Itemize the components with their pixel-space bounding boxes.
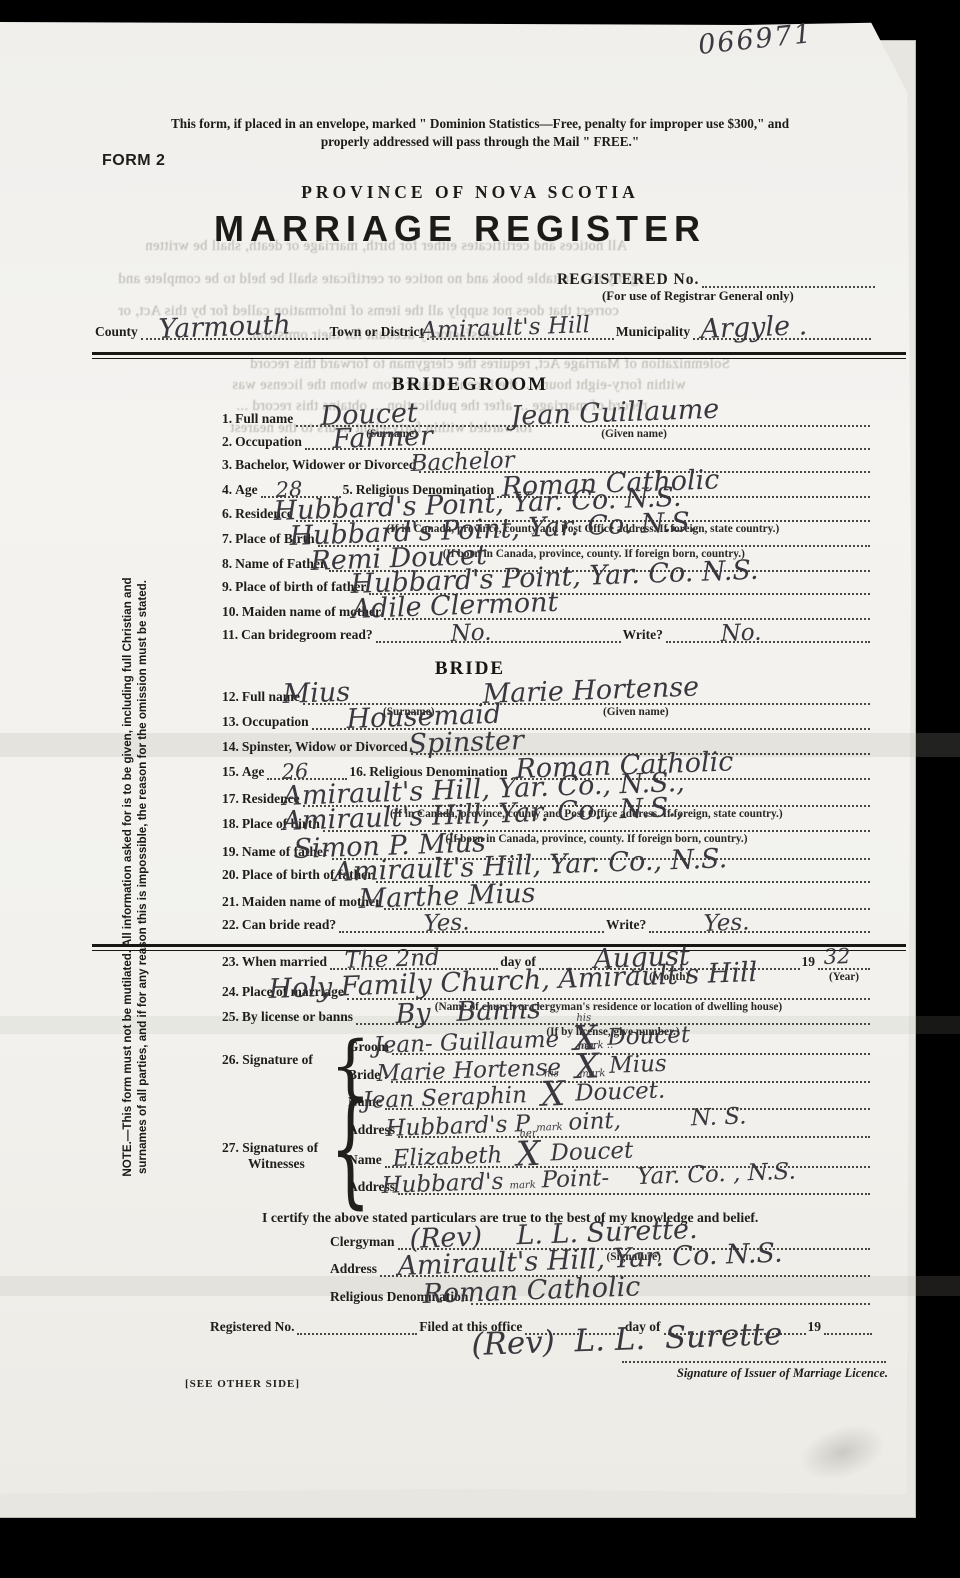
bg-can-read-line: No. — [376, 641, 621, 643]
issuer-signature-caption: Signature of Issuer of Marriage Licence. — [598, 1366, 888, 1381]
page-title: MARRIAGE REGISTER — [110, 208, 810, 250]
field-number: 23. — [222, 954, 239, 969]
margin-note: NOTE.—This form must not be mutilated. A… — [120, 546, 150, 1208]
county-label: County — [95, 324, 139, 340]
place-of-marriage-row: 24.Place of marriage Holy Family Church,… — [222, 982, 872, 1000]
field-label: Age — [235, 482, 258, 497]
mail-note: This form, if placed in an envelope, mar… — [120, 115, 840, 151]
margin-note-line2: surnames of all parties, and if for any … — [135, 546, 150, 1208]
field-label: Spinster, Widow or Divorced — [242, 739, 408, 754]
field-number: 25. — [222, 1009, 239, 1024]
bridegroom-section-title: BRIDEGROOM — [120, 374, 820, 396]
witness1-x-mark: Xhis — [541, 1094, 565, 1095]
field-number: 15. — [222, 764, 239, 779]
filed-year-line — [824, 1333, 872, 1335]
clergyman-religion-line: Roman Catholic — [471, 1303, 870, 1305]
handwriting-br-status: Spinster — [408, 727, 524, 758]
province-heading: PROVINCE OF NOVA SCOTIA — [120, 182, 820, 203]
mark-word-top: her — [519, 1134, 536, 1135]
handwriting-district: Amirault's Hill — [420, 314, 590, 343]
field-number: 12. — [222, 689, 239, 704]
registered-no-line — [702, 286, 875, 288]
witness1-first-names: Jean Seraphin — [362, 1082, 527, 1114]
field-number: 2. — [222, 434, 232, 449]
field-number: 26. — [222, 1052, 239, 1067]
field-number: 8. — [222, 556, 232, 571]
registered-no-row: REGISTERED No. — [557, 270, 877, 288]
license-or-banns-row: 25.By license or banns By Banns (If by l… — [222, 1007, 872, 1025]
witness2-address-row: Address Hubbard'smarkPoint-Yar. Co. , N.… — [348, 1177, 872, 1195]
field-number: 16. — [349, 764, 366, 779]
witness1-last-name: Doucet. — [574, 1077, 665, 1106]
registered-no-label: REGISTERED No. — [557, 272, 700, 288]
field-number: 18. — [222, 816, 239, 831]
witness2-address-part: Hubbard's — [381, 1169, 504, 1199]
field-number: 9. — [222, 579, 232, 594]
bride-x-mark: Xhermark — [575, 1066, 599, 1067]
field-label: Occupation — [235, 434, 302, 449]
margin-note-line1: NOTE.—This form must not be mutilated. A… — [120, 546, 135, 1208]
field-number: 13. — [222, 714, 239, 729]
br-occupation-line: Housemaid — [312, 728, 870, 730]
handwriting-bg-write: No. — [720, 622, 762, 646]
bg-can-write-line: No. — [666, 641, 870, 643]
bg-occupation-line: Farmer — [305, 448, 870, 450]
field-number: 6. — [222, 506, 232, 521]
field-label: Place of birth of father — [235, 579, 366, 594]
bride-last-name: Mius — [609, 1051, 667, 1079]
district-label: Town or District — [330, 324, 426, 340]
br-mother-row: 21.Maiden name of mother Marthe Mius — [222, 892, 872, 910]
signature-of-label: 26. Signature of — [222, 1052, 313, 1068]
mail-note-line1: This form, if placed in an envelope, mar… — [120, 115, 840, 133]
municipality-line: Argyle . — [693, 338, 871, 340]
witness2-first-names: Elizabeth — [392, 1142, 503, 1172]
handwriting-bg-status: Bachelor — [411, 449, 516, 476]
witness2-address-part: Yar. Co. , N.S. — [637, 1159, 797, 1191]
handwriting-bg-mother: Adile Clermont — [351, 589, 559, 623]
field-number: 4. — [222, 482, 232, 497]
mark-word: mark — [509, 1180, 536, 1192]
field-number: 19. — [222, 844, 239, 859]
field-number: 10. — [222, 604, 239, 619]
witness2-x-mark: Xher — [516, 1154, 540, 1155]
bg-mother-row: 10.Maiden name of mother Adile Clermont — [222, 602, 872, 620]
x-glyph: X — [540, 1074, 566, 1115]
handwriting-bg-read: No. — [450, 622, 492, 646]
br-full-name-row: 12.Full name Mius Marie Hortense (Surnam… — [222, 687, 872, 705]
municipality-label: Municipality — [616, 324, 691, 340]
groom-x-mark: Xhismark .. — [573, 1038, 597, 1039]
issuer-signature-line — [622, 1361, 886, 1363]
handwriting-license-or-banns: By Banns — [395, 996, 541, 1028]
field-label: Can bride read? — [242, 917, 336, 932]
field-label: When married — [242, 954, 327, 969]
field-label: Age — [242, 764, 265, 779]
witness1-address-row: Address Hubbard's Pmarkoint,N. S. — [348, 1120, 872, 1138]
county-line: Yarmouth — [141, 338, 328, 340]
married-year-line: 32 (Year) — [818, 968, 870, 970]
field-label: Occupation — [242, 714, 309, 729]
mark-word-top: his — [544, 1074, 559, 1075]
bg-full-name-row: 1.Full name Doucet Jean Guillaume (Surna… — [222, 409, 872, 427]
field-label: Full name — [235, 411, 293, 426]
witness1-address-province: N. S. — [691, 1103, 747, 1131]
registered-no-line — [297, 1333, 417, 1335]
field-label: Signature of — [242, 1052, 313, 1067]
year-prefix: 19 — [802, 954, 817, 970]
witness2-address-line: Hubbard'smarkPoint-Yar. Co. , N.S. — [398, 1193, 870, 1195]
handwriting-br-read: Yes. — [423, 911, 470, 936]
bg-mother-line: Adile Clermont — [384, 618, 870, 620]
mark-word-bottom: mark — [579, 1074, 605, 1075]
witness2-last-name: Doucet — [550, 1138, 634, 1167]
form-label: FORM 2 — [102, 152, 165, 170]
handwriting-bg-occupation: Farmer — [332, 423, 433, 453]
groom-last-name: Doucet — [607, 1022, 691, 1051]
mark-word: mark — [536, 1122, 563, 1134]
witness1-address-line: Hubbard's Pmarkoint,N. S. — [398, 1136, 870, 1138]
address-label: Address — [330, 1261, 378, 1277]
registered-no-label: Registered No. — [210, 1319, 295, 1335]
witness2-address-part: Point- — [541, 1165, 609, 1193]
registered-no-note: (For use of Registrar General only) — [602, 289, 794, 304]
witnesses-label: 27. Signatures of — [222, 1140, 318, 1156]
name-label: Name — [348, 1152, 383, 1168]
br-can-write-line: Yes. — [649, 931, 870, 933]
handwriting-br-surname: Mius — [282, 679, 350, 708]
mark-word-top: his — [576, 1018, 591, 1019]
witness1-address-part: oint, — [568, 1108, 621, 1136]
br-occupation-row: 13.Occupation Housemaid — [222, 712, 872, 730]
handwriting-municipality: Argyle . — [700, 312, 808, 343]
year-prefix: 19 — [808, 1319, 823, 1335]
field-label: Can bridegroom read? — [241, 627, 373, 642]
location-row: County Yarmouth Town or District Amiraul… — [95, 322, 873, 340]
br-birthplace-row: 18.Place of birth Amirault's Hill, Yar. … — [222, 814, 872, 832]
br-can-read-line: Yes. — [339, 931, 604, 933]
field-number: 27. — [222, 1140, 239, 1155]
handwriting-br-write: Yes. — [703, 911, 750, 936]
field-label: By license or banns — [242, 1009, 353, 1024]
bg-occupation-row: 2.Occupation Farmer — [222, 432, 872, 450]
district-line: Amirault's Hill — [427, 338, 614, 340]
field-number: 3. — [222, 457, 232, 472]
bride-section-title: BRIDE — [120, 658, 820, 680]
handwriting-br-mother: Marthe Mius — [358, 880, 536, 913]
field-number: 11. — [222, 627, 238, 642]
field-label: Bachelor, Widower or Divorced — [235, 457, 416, 472]
scanned-marriage-register-page: All notices and certificates either for … — [0, 0, 960, 1578]
bg-birthplace-row: 7.Place of Birth Hubbard's Point, Yar. C… — [222, 529, 872, 547]
br-father-birthplace-row: 20.Place of birth of father Amirault's H… — [222, 865, 872, 883]
field-number: 24. — [222, 984, 239, 999]
br-literacy-row: 22.Can bride read? Yes. Write? Yes. — [222, 915, 872, 933]
bg-literacy-row: 11.Can bridegroom read? No. Write? No. — [222, 625, 872, 643]
groom-first-names: Jean- Guillaume — [373, 1027, 559, 1059]
section-divider — [92, 352, 906, 359]
mail-note-line2: properly addressed will pass through the… — [120, 133, 840, 151]
field-number: 22. — [222, 917, 239, 932]
clergyman-religion-row: Religious Denomination Roman Catholic — [330, 1287, 872, 1305]
field-number: 21. — [222, 894, 239, 909]
section-divider — [92, 944, 906, 951]
handwriting-bg-given: Jean Guillaume — [510, 396, 720, 430]
bride-first-names: Marie Hortense — [376, 1055, 561, 1087]
witnesses-label-line2: Witnesses — [248, 1156, 305, 1172]
field-number: 20. — [222, 867, 239, 882]
clergyman-label: Clergyman — [330, 1234, 396, 1250]
field-number: 1. — [222, 411, 232, 426]
write-label: Write? — [606, 917, 647, 933]
see-other-side-note: [SEE OTHER SIDE] — [185, 1378, 300, 1390]
handwriting-br-given: Marie Hortense — [482, 673, 699, 708]
mark-word-top: her — [578, 1046, 595, 1047]
witness1-address-part: Hubbard's P — [385, 1111, 530, 1142]
handwriting-married-year: 32 — [823, 946, 850, 968]
field-number: 7. — [222, 531, 232, 546]
write-label: Write? — [623, 627, 664, 643]
handwriting-clergyman-religion: Roman Catholic — [422, 1273, 641, 1308]
handwriting-county: Yarmouth — [158, 311, 291, 343]
field-label-line1: Signatures of — [242, 1140, 318, 1155]
field-number: 17. — [222, 791, 239, 806]
field-number: 14. — [222, 739, 239, 754]
